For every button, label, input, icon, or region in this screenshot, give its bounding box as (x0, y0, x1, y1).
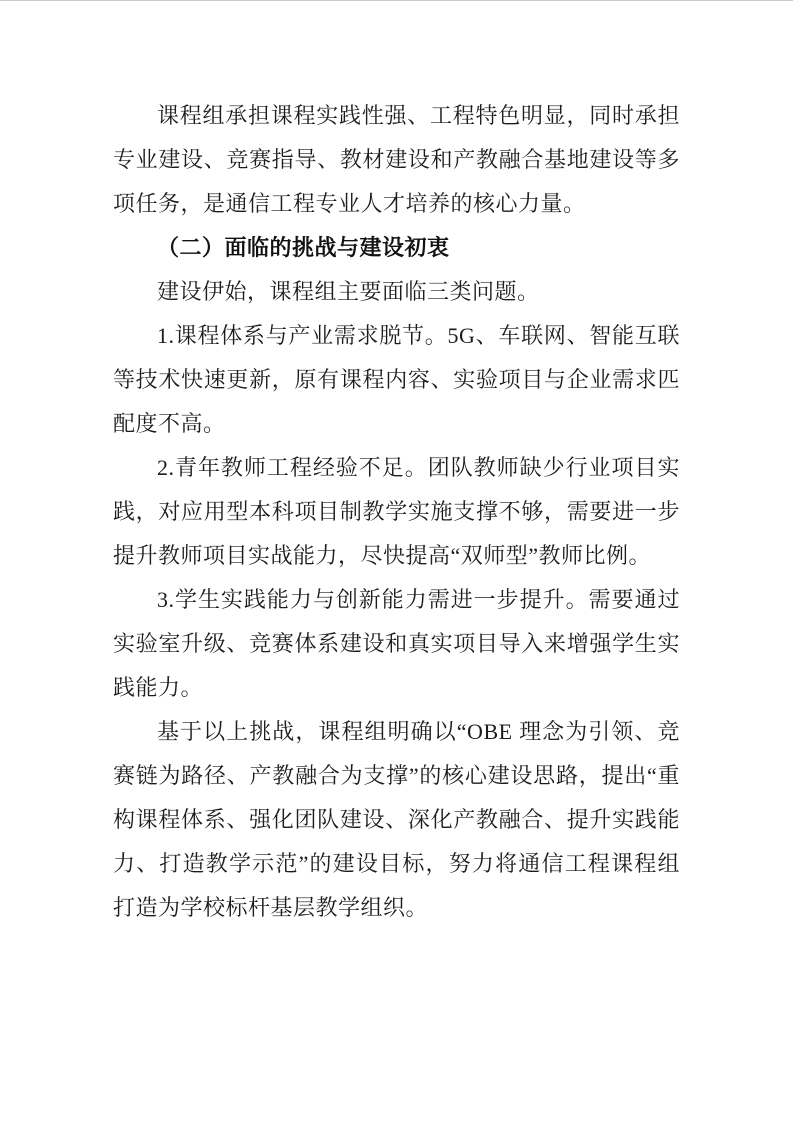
document-content: 课程组承担课程实践性强、工程特色明显，同时承担专业建设、竞赛指导、教材建设和产教… (113, 94, 680, 930)
paragraph-intro-problems: 建设伊始，课程组主要面临三类问题。 (113, 270, 680, 314)
paragraph-construction-goals: 基于以上挑战，课程组明确以“OBE 理念为引领、竞赛链为路径、产教融合为支撑”的… (113, 710, 680, 930)
document-page: 课程组承担课程实践性强、工程特色明显，同时承担专业建设、竞赛指导、教材建设和产教… (0, 0, 793, 1122)
paragraph-problem-1: 1.课程体系与产业需求脱节。5G、车联网、智能互联等技术快速更新，原有课程内容、… (113, 314, 680, 446)
paragraph-core-role: 课程组承担课程实践性强、工程特色明显，同时承担专业建设、竞赛指导、教材建设和产教… (113, 94, 680, 226)
paragraph-problem-2: 2.青年教师工程经验不足。团队教师缺少行业项目实践，对应用型本科项目制教学实施支… (113, 446, 680, 578)
section-heading-challenges: （二）面临的挑战与建设初衷 (113, 226, 680, 270)
paragraph-problem-3: 3.学生实践能力与创新能力需进一步提升。需要通过实验室升级、竞赛体系建设和真实项… (113, 578, 680, 710)
